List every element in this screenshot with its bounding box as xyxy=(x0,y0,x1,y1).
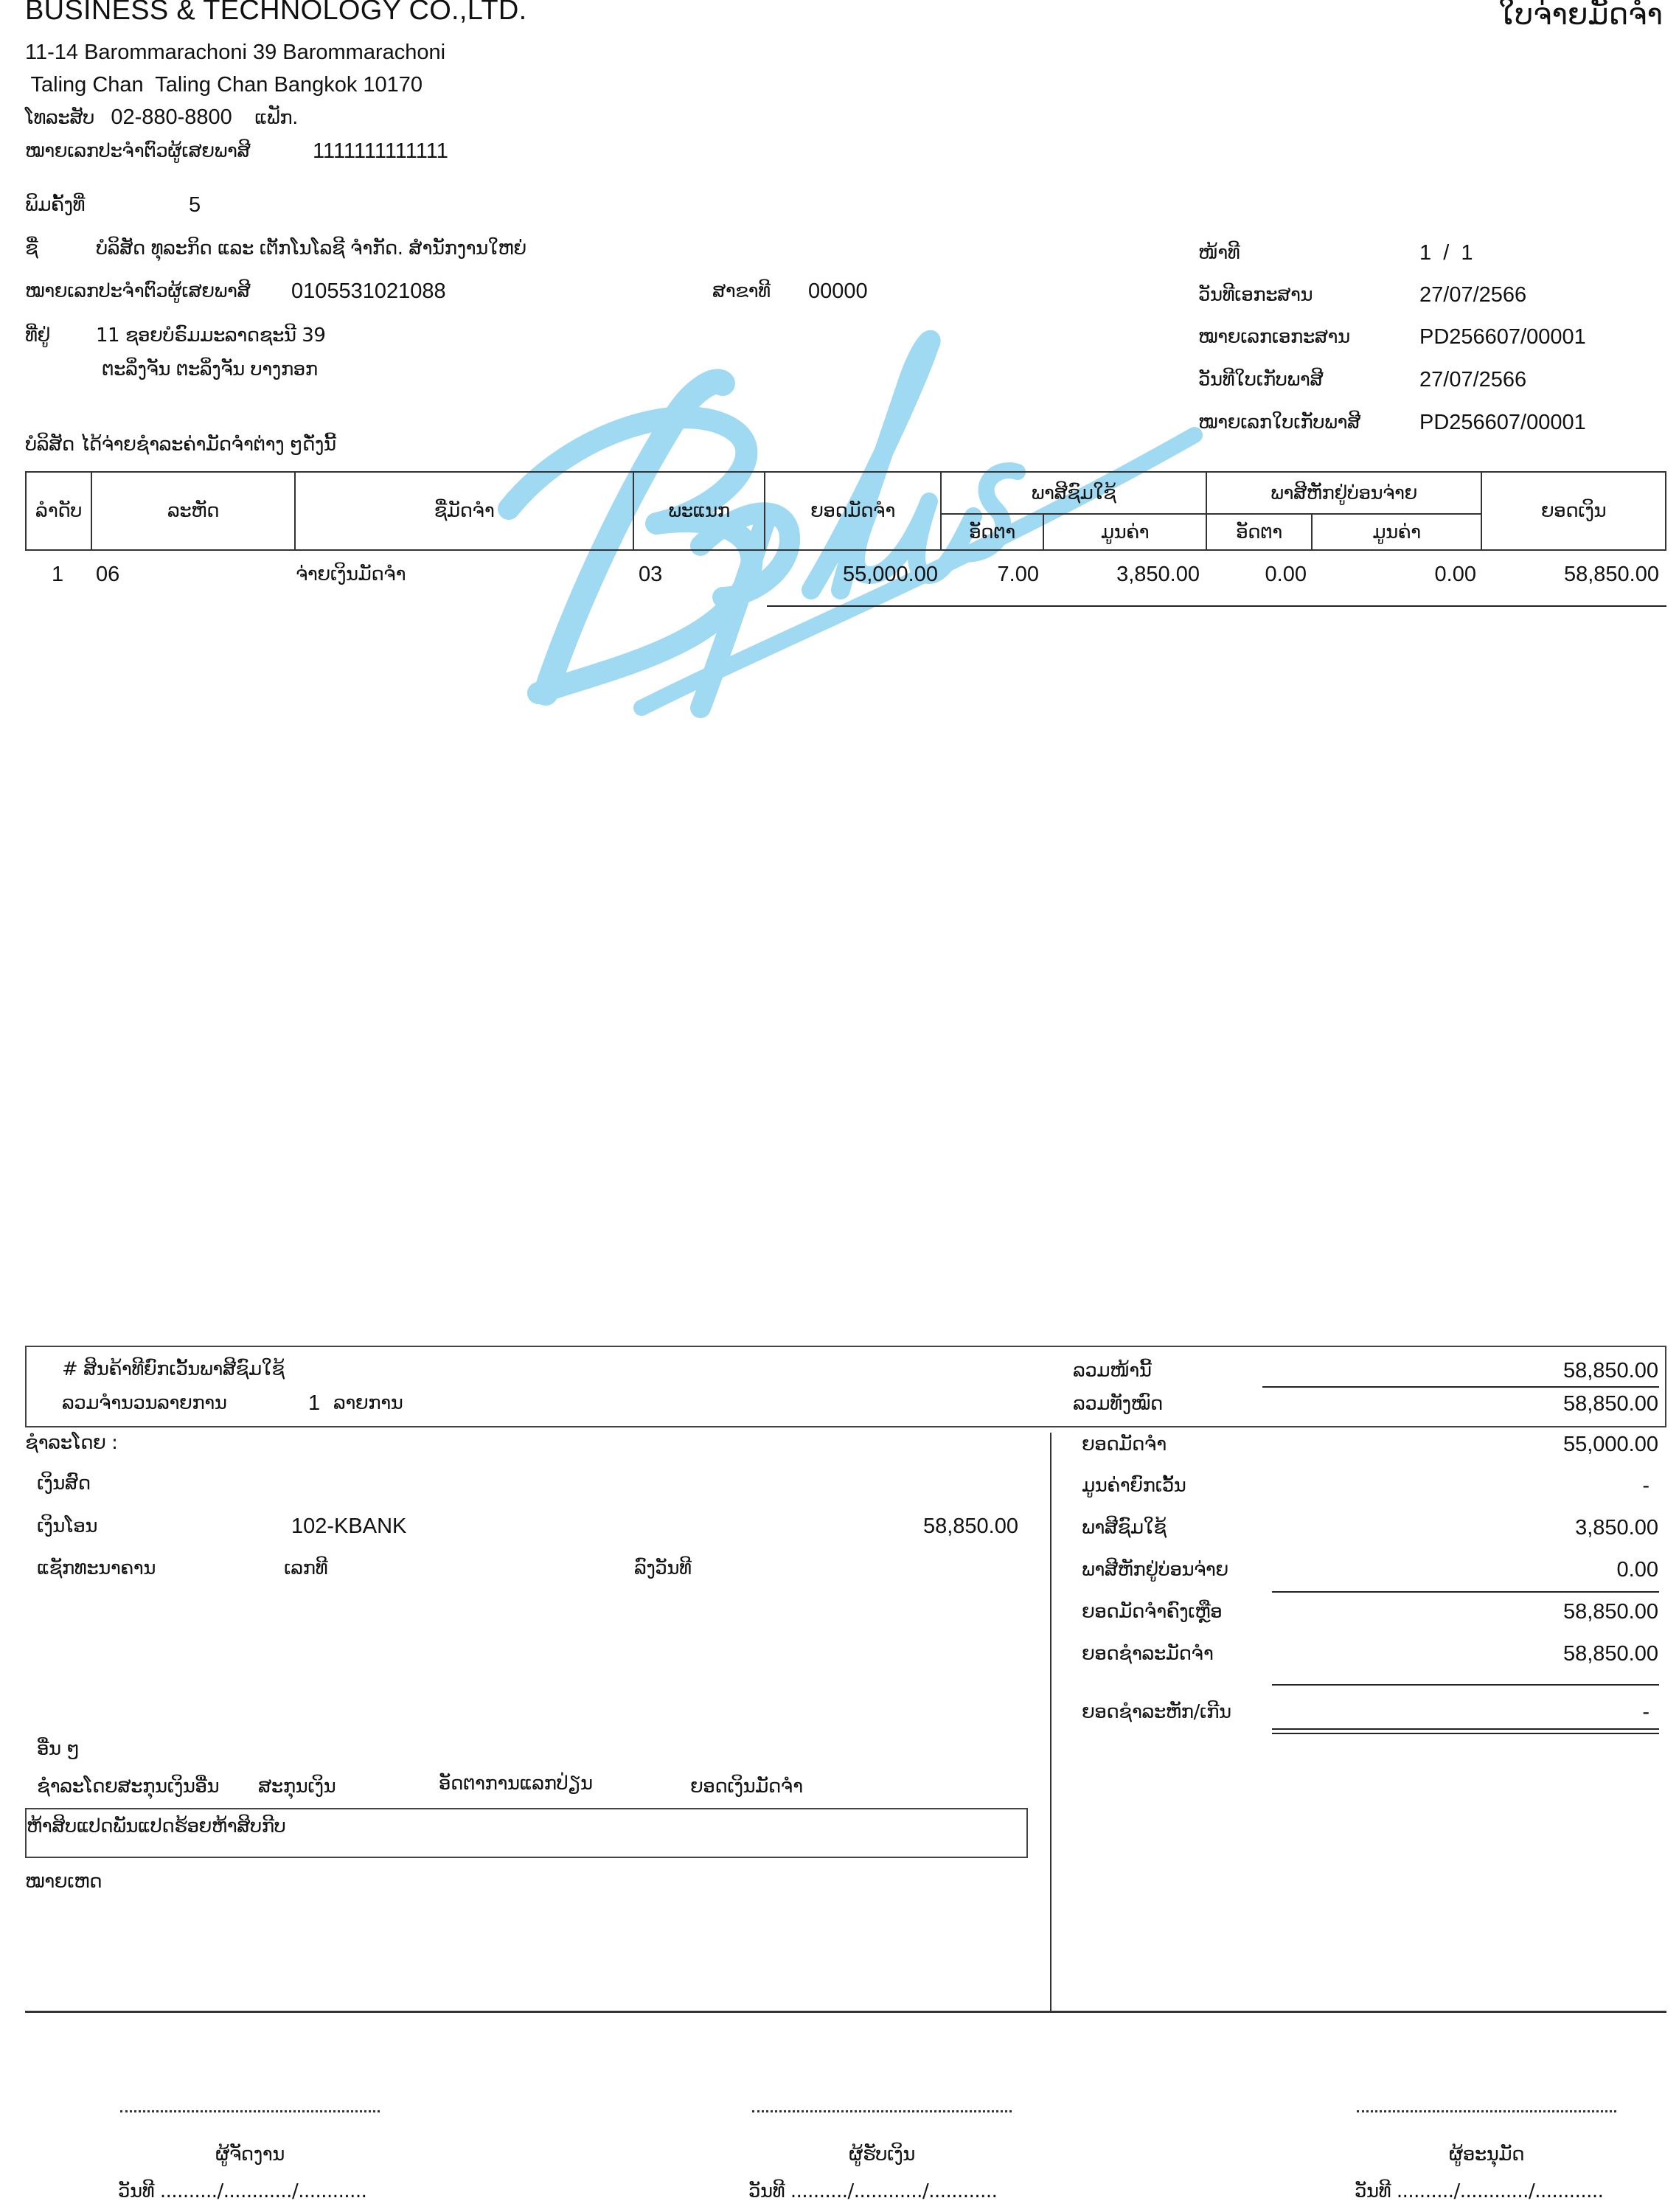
doc-info-value-doc-date: 27/07/2566 xyxy=(1419,282,1526,307)
th-vat-rate: ອັດຕາ xyxy=(942,515,1043,549)
doc-info-value-page: 1 / 1 xyxy=(1419,240,1473,265)
company-tax-id-label: ໝາຍເລກປະຈຳຕົວຜູ້ເສຍພາສີ xyxy=(25,139,250,164)
totals-label-remaining: ຍອດມັດຈຳຄົງເຫຼືອ xyxy=(1082,1599,1222,1624)
signature-role: ຜູ້ອະນຸມັດ xyxy=(1357,2142,1616,2167)
customer-address-line1: 11 ຊອຍບໍຣົມມະລາດຊະນີ 39 xyxy=(96,323,325,348)
grand-total-label: ລວມທັງໝົດ xyxy=(1073,1391,1163,1416)
payment-statement: ບໍລິສັດ ໄດ້ຈ່າຍຊຳລະຄ່າມັດຈຳຕ່າງ ໆດັ່ງນີ້ xyxy=(25,432,336,457)
td-deposit-name: ຈ່າຍເງິນມັດຈຳ xyxy=(296,562,406,587)
customer-name: ບໍລິສັດ ທຸລະກິດ ແລະ ເຕັກໂນໂລຊີ ຈຳກັດ. ສຳ… xyxy=(96,236,526,261)
totals-value-remaining: 58,850.00 xyxy=(1563,1599,1658,1624)
doc-info-label-tax-invoice-date: ວັນທີໃບເກັບພາສີ xyxy=(1198,367,1323,392)
totals-value-paid: 58,850.00 xyxy=(1563,1641,1658,1666)
th-wht-value: ມູນຄ່າ xyxy=(1313,515,1481,549)
cheque-date-label: ລົງວັນທີ xyxy=(634,1556,692,1581)
payment-section-bottom-border xyxy=(25,2011,1666,2013)
totals-double-underline xyxy=(1272,1728,1659,1730)
phone-number: 02-880-8800 xyxy=(111,105,232,129)
cheque-no-label: ເລກທີ xyxy=(284,1556,327,1581)
signature-line xyxy=(120,2110,380,2112)
customer-address-line2: ຕະລິ່ງຈັນ ຕະລິ່ງຈັນ ບາງກອກ xyxy=(102,357,318,382)
document-title: ໃບຈ່າຍມັດຈຳ xyxy=(1498,0,1663,31)
pay-by-label: ຊຳລະໂດຍ : xyxy=(25,1430,117,1455)
doc-info-value-doc-no: PD256607/00001 xyxy=(1419,324,1586,349)
customer-branch: 00000 xyxy=(808,279,868,304)
other-payment-label: ອື່ນ ໆ xyxy=(37,1736,79,1761)
th-wht-group: ພາສີຫັກຢູ່ບ່ອນຈ່າຍ xyxy=(1207,473,1481,513)
th-seq: ລຳດັບ xyxy=(27,473,91,549)
totals-value-wht: 0.00 xyxy=(1617,1557,1658,1582)
company-phone-row: ໂທລະສັບ 02-880-8800 ແຟັກ. xyxy=(25,105,298,131)
totals-value-deposit: 55,000.00 xyxy=(1563,1432,1658,1457)
page-total-value: 58,850.00 xyxy=(1563,1358,1658,1383)
totals-label-deposit: ຍອດມັດຈຳ xyxy=(1082,1432,1167,1457)
totals-underline xyxy=(1272,1591,1659,1593)
doc-info-label-tax-invoice-no: ໝາຍເລກໃບເກັບພາສີ xyxy=(1198,410,1360,435)
totals-value-short-over: - xyxy=(1642,1700,1650,1725)
signature-line xyxy=(752,2110,1012,2112)
doc-info-label-page: ໜ້າທີ xyxy=(1198,240,1240,265)
company-tax-id: 1111111111111 xyxy=(313,139,448,164)
item-count-unit: ລາຍການ xyxy=(333,1391,403,1416)
item-count-label: ລວມຈຳນວນລາຍການ xyxy=(62,1391,226,1416)
remark-label: ໝາຍເຫດ xyxy=(25,1869,102,1894)
deposit-currency-amount-label: ຍອດເງິນມັດຈຳ xyxy=(690,1774,803,1799)
table-header-bottom-border xyxy=(25,549,1666,551)
totals-underline xyxy=(1272,1684,1659,1686)
transfer-account: 102-KBANK xyxy=(291,1514,406,1539)
totals-value-vat: 3,850.00 xyxy=(1575,1515,1658,1540)
totals-label-wht: ພາສີຫັກຢູ່ບ່ອນຈ່າຍ xyxy=(1082,1557,1228,1582)
td-vat-rate: 7.00 xyxy=(998,562,1039,587)
signature-role: ຜູ້ຈັດງານ xyxy=(120,2142,380,2167)
signature-role: ຜູ້ຮັບເງິນ xyxy=(752,2142,1012,2167)
th-deposit-name: ຊື່ມັດຈຳ xyxy=(296,473,633,549)
currency-label: ສະກຸນເງິນ xyxy=(258,1774,336,1799)
signature-line xyxy=(1357,2110,1616,2112)
th-wht-rate: ອັດຕາ xyxy=(1207,515,1311,549)
th-code: ລະຫັດ xyxy=(92,473,294,549)
signature-date: ວັນທີ ........../............/..........… xyxy=(118,2179,366,2204)
company-address-line1: 11-14 Barommarachoni 39 Barommarachoni xyxy=(25,40,445,65)
fax-label: ແຟັກ. xyxy=(254,107,298,129)
cheque-bank-label: ແຊັກທະນາຄານ xyxy=(37,1556,156,1581)
grand-total-value: 58,850.00 xyxy=(1563,1391,1658,1416)
print-count-label: ພິມຄັ້ງທີ່ xyxy=(25,192,85,218)
th-deposit-amount: ຍອດມັດຈຳ xyxy=(765,473,940,549)
table-col-border xyxy=(1665,471,1666,551)
vat-exempt-note: # ສິນຄ້າທີຍົກເວັ້ນພາສີຊົມໃຊ້ xyxy=(62,1357,285,1382)
phone-label: ໂທລະສັບ xyxy=(25,107,94,129)
doc-info-label-doc-no: ໝາຍເລກເອກະສານ xyxy=(1198,324,1350,349)
td-deposit-amount: 55,000.00 xyxy=(843,562,938,587)
print-count-value: 5 xyxy=(189,192,201,218)
item-count-value: 1 xyxy=(308,1391,320,1416)
transfer-amount: 58,850.00 xyxy=(923,1514,1018,1539)
td-total: 58,850.00 xyxy=(1564,562,1659,587)
td-wht-value: 0.00 xyxy=(1435,562,1476,587)
signature-date: ວັນທີ ........../............/..........… xyxy=(748,2179,997,2204)
amount-in-words: ຫ້າສິບແປດພັນແປດຮ້ອຍຫ້າສິບກີບ xyxy=(27,1814,285,1839)
doc-info-label-doc-date: ວັນທີເອກະສານ xyxy=(1198,282,1313,307)
totals-label-paid: ຍອດຊຳລະມັດຈຳ xyxy=(1082,1641,1213,1666)
company-name: BUSINESS & TECHNOLOGY CO.,LTD. xyxy=(25,0,527,25)
th-vat-value: ມູນຄ່າ xyxy=(1044,515,1206,549)
th-department: ພະແນກ xyxy=(634,473,764,549)
payment-divider xyxy=(1050,1433,1051,2011)
page-total-underline xyxy=(1262,1386,1659,1388)
totals-label-vat: ພາສີຊົມໃຊ້ xyxy=(1082,1515,1167,1540)
td-vat-value: 3,850.00 xyxy=(1116,562,1200,587)
totals-label-exempt: ມູນຄ່າຍົກເວັ້ນ xyxy=(1082,1473,1186,1498)
th-total: ຍອດເງິນ xyxy=(1482,473,1665,549)
signature-date: ວັນທີ ........../............/..........… xyxy=(1355,2179,1603,2204)
td-code: 06 xyxy=(96,562,119,587)
td-wht-rate: 0.00 xyxy=(1265,562,1307,587)
doc-info-value-tax-invoice-no: PD256607/00001 xyxy=(1419,410,1586,435)
customer-branch-label: ສາຂາທີ xyxy=(712,279,771,304)
page-total-label: ລວມໜ້ານີ້ xyxy=(1073,1358,1151,1383)
td-department: 03 xyxy=(639,562,662,587)
customer-name-label: ຊື່ xyxy=(25,236,38,261)
totals-value-exempt: - xyxy=(1642,1473,1650,1498)
exchange-rate-label: ອັດຕາການແລກປ່ຽນ xyxy=(439,1771,593,1796)
foreign-currency-label: ຊຳລະໂດຍສະກຸນເງິນອື່ນ xyxy=(37,1774,219,1799)
totals-double-underline xyxy=(1272,1733,1659,1734)
customer-tax-id-label: ໝາຍເລກປະຈຳຕົວຜູ້ເສຍພາສີ xyxy=(25,279,250,304)
company-address-line2: Taling Chan Taling Chan Bangkok 10170 xyxy=(25,72,423,97)
customer-address-label: ທີ່ຢູ່ xyxy=(25,323,50,348)
cash-label: ເງິນສົດ xyxy=(37,1471,91,1496)
td-seq: 1 xyxy=(52,562,63,587)
th-vat-group: ພາສີຊົມໃຊ້ xyxy=(942,473,1206,513)
transfer-label: ເງິນໂອນ xyxy=(37,1514,97,1539)
customer-tax-id: 0105531021088 xyxy=(291,279,446,304)
row-total-underline xyxy=(767,605,1666,607)
totals-label-short-over: ຍອດຊຳລະຫັກ/ເກີນ xyxy=(1082,1700,1231,1725)
doc-info-value-tax-invoice-date: 27/07/2566 xyxy=(1419,367,1526,392)
